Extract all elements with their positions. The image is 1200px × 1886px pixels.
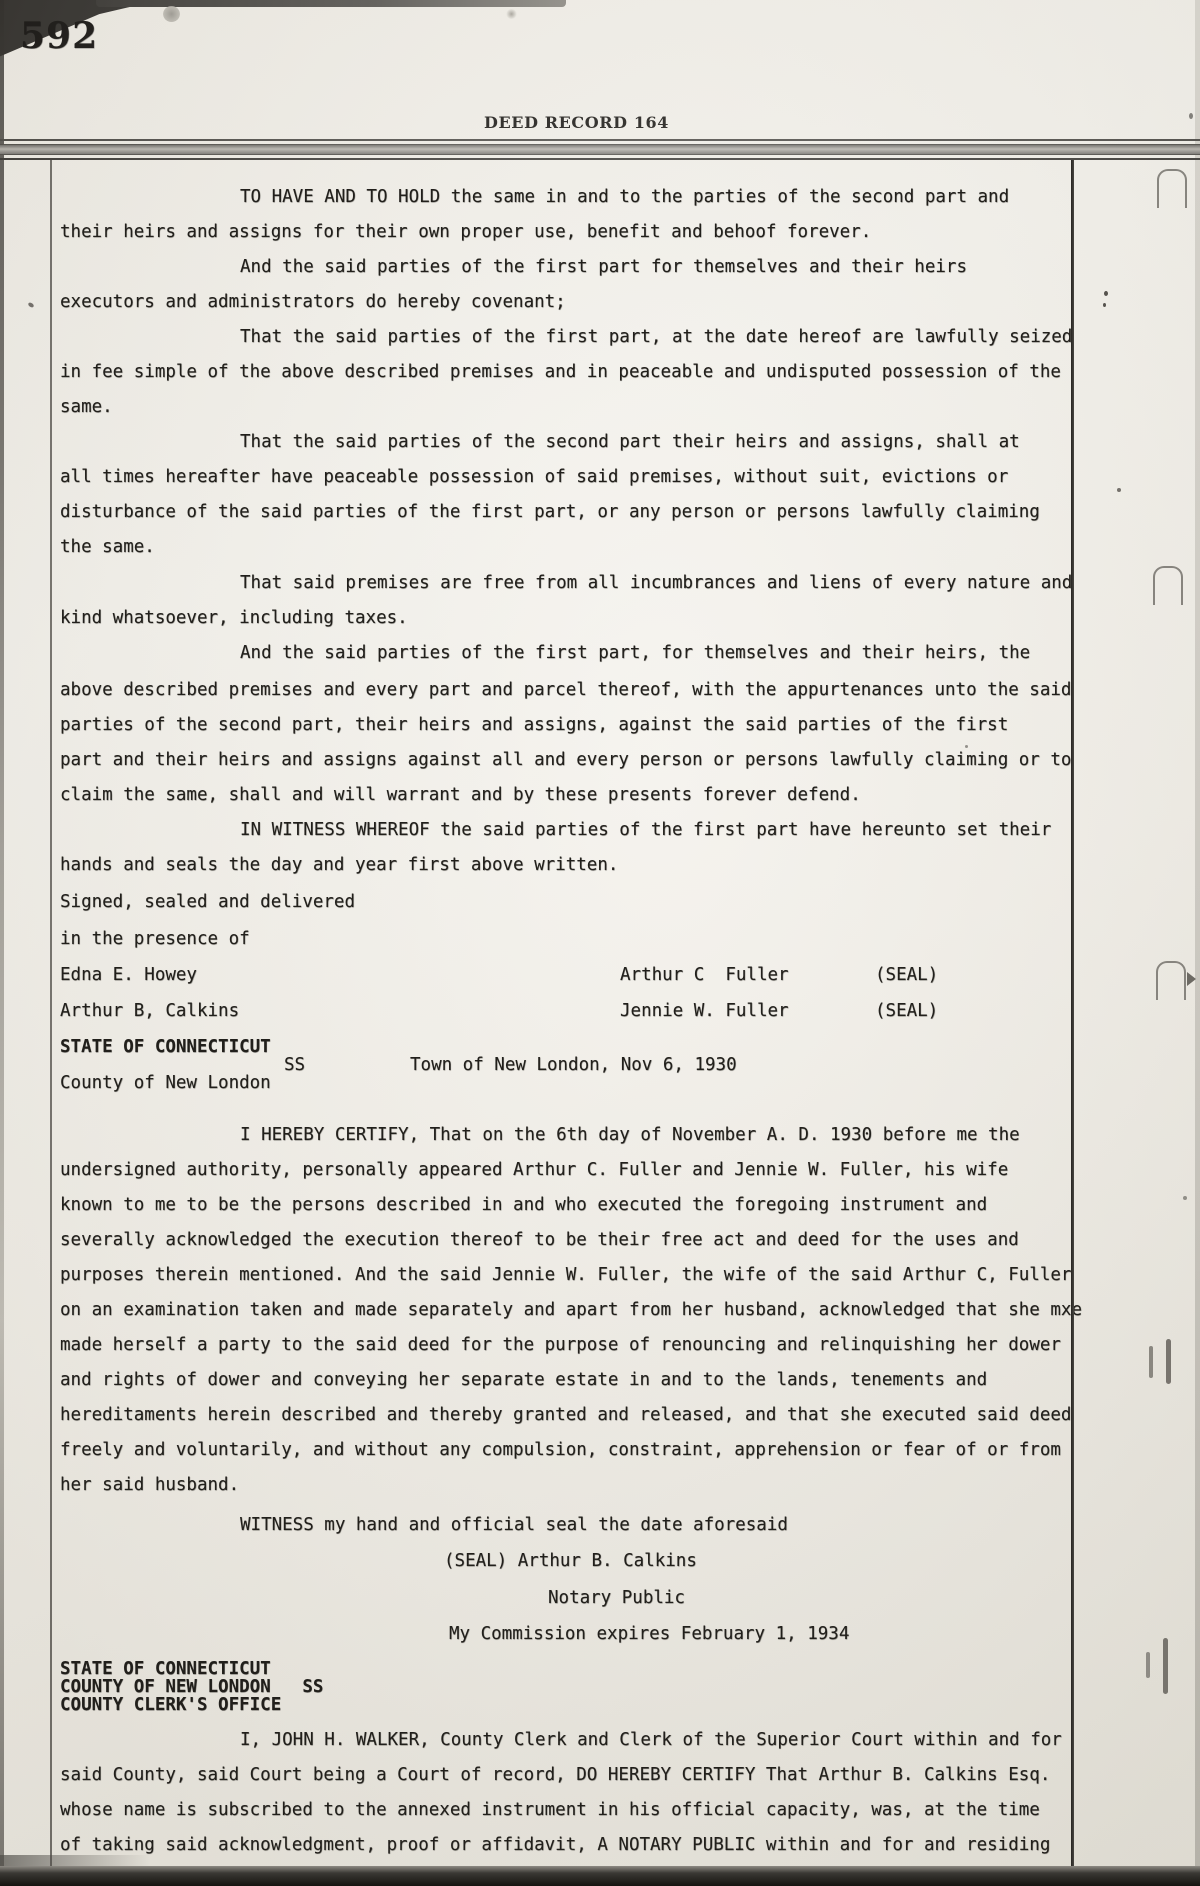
- typewritten-line: That said premises are free from all inc…: [240, 573, 1072, 593]
- typewritten-line: all times hereafter have peaceable posse…: [60, 467, 1008, 487]
- ink-blotch-artifact: [163, 6, 180, 22]
- margin-arrow-mark: [1187, 972, 1196, 986]
- typewritten-line: (SEAL): [875, 1001, 938, 1021]
- typewritten-line: kind whatsoever, including taxes.: [60, 608, 408, 628]
- typewritten-line: claim the same, shall and will warrant a…: [60, 785, 861, 805]
- typewritten-line: disturbance of the said parties of the f…: [60, 502, 1040, 522]
- left-column-rule: [50, 160, 52, 1866]
- page-top-edge-artifact: [96, 0, 566, 7]
- typewritten-line: her said husband.: [60, 1475, 239, 1495]
- typewritten-line: in fee simple of the above described pre…: [60, 362, 1061, 382]
- top-rule-lower: [0, 158, 1200, 160]
- typewritten-line: And the said parties of the first part, …: [240, 643, 1030, 663]
- typewritten-line: And the said parties of the first part f…: [240, 257, 967, 277]
- typewritten-line: above described premises and every part …: [60, 680, 1071, 700]
- typewritten-line: TO HAVE AND TO HOLD the same in and to t…: [240, 187, 1009, 207]
- typewritten-line: executors and administrators do hereby c…: [60, 292, 566, 312]
- typewritten-line: (SEAL) Arthur B. Calkins: [444, 1551, 697, 1571]
- page-right-edge-shadow: [1195, 0, 1200, 1886]
- page-bottom-edge: [0, 1866, 1200, 1886]
- typewritten-line: STATE OF CONNECTICUT: [60, 1037, 271, 1057]
- ink-speck: [1103, 303, 1106, 307]
- margin-bar-mark: [1146, 1652, 1150, 1678]
- margin-bar-mark: [1163, 1638, 1168, 1694]
- typewritten-line: made herself a party to the said deed fo…: [60, 1335, 1061, 1355]
- typewritten-line: Town of New London, Nov 6, 1930: [410, 1055, 737, 1075]
- typewritten-line: in the presence of: [60, 929, 250, 949]
- margin-bar-mark: [1166, 1339, 1171, 1384]
- margin-bracket-mark: [1157, 169, 1187, 208]
- typewritten-line: I HEREBY CERTIFY, That on the 6th day of…: [240, 1125, 1020, 1145]
- typewritten-line: hands and seals the day and year first a…: [60, 855, 618, 875]
- typewritten-line: undersigned authority, personally appear…: [60, 1160, 1008, 1180]
- typewritten-line: of taking said acknowledgment, proof or …: [60, 1835, 1050, 1855]
- typewritten-line: Edna E. Howey: [60, 965, 197, 985]
- page-number: 592: [20, 18, 98, 54]
- typewritten-line: whose name is subscribed to the annexed …: [60, 1800, 1040, 1820]
- typewritten-line: said County, said Court being a Court of…: [60, 1765, 1050, 1785]
- typewritten-line: severally acknowledged the execution the…: [60, 1230, 1019, 1250]
- typewritten-line: My Commission expires February 1, 1934: [449, 1624, 849, 1644]
- running-head: DEED RECORD 164: [484, 115, 669, 131]
- typewritten-line: That the said parties of the second part…: [240, 432, 1020, 452]
- typewritten-line: and rights of dower and conveying her se…: [60, 1370, 987, 1390]
- typewritten-line: purposes therein mentioned. And the said…: [60, 1265, 1071, 1285]
- typewritten-line: County of New London: [60, 1073, 271, 1093]
- top-rule-band: [0, 144, 1200, 155]
- typewritten-line: Signed, sealed and delivered: [60, 892, 355, 912]
- typewritten-line: SS: [284, 1055, 305, 1075]
- typewritten-line: part and their heirs and assigns against…: [60, 750, 1071, 770]
- typewritten-line: their heirs and assigns for their own pr…: [60, 222, 871, 242]
- ink-speck: [1189, 113, 1193, 119]
- typewritten-line: (SEAL): [875, 965, 938, 985]
- right-column-rule: [1071, 160, 1074, 1866]
- typewritten-line: the same.: [60, 537, 155, 557]
- page-left-edge-shadow: [0, 0, 4, 1886]
- typewritten-line: Jennie W. Fuller: [620, 1001, 789, 1021]
- ink-speck: [1104, 291, 1108, 296]
- typewritten-line: COUNTY CLERK'S OFFICE: [60, 1695, 281, 1715]
- typewritten-line: I, JOHN H. WALKER, County Clerk and Cler…: [240, 1730, 1062, 1750]
- margin-bar-mark: [1149, 1346, 1153, 1378]
- typewritten-line: Arthur B, Calkins: [60, 1001, 239, 1021]
- ink-blotch-artifact: [506, 9, 517, 19]
- scanned-deed-page: 592 DEED RECORD 164 TO HAVE AND TO HOLD …: [0, 0, 1200, 1886]
- ink-speck: [1183, 1196, 1187, 1200]
- typewritten-line: IN WITNESS WHEREOF the said parties of t…: [240, 820, 1051, 840]
- typewritten-line: parties of the second part, their heirs …: [60, 715, 1008, 735]
- typewritten-line: hereditaments herein described and there…: [60, 1405, 1071, 1425]
- typewritten-line: on an examination taken and made separat…: [60, 1300, 1082, 1320]
- typewritten-line: freely and voluntarily, and without any …: [60, 1440, 1061, 1460]
- ink-speck: [27, 302, 34, 309]
- typewritten-line: Arthur C Fuller: [620, 965, 789, 985]
- typewritten-line: known to me to be the persons described …: [60, 1195, 987, 1215]
- typewritten-line: That the said parties of the first part,…: [240, 327, 1072, 347]
- top-rule-thin: [0, 139, 1200, 141]
- margin-bracket-mark: [1156, 961, 1186, 1000]
- margin-bracket-mark: [1153, 566, 1183, 605]
- ink-speck: [965, 745, 968, 748]
- typewritten-line: same.: [60, 397, 113, 417]
- typewritten-line: Notary Public: [548, 1588, 685, 1608]
- typewritten-line: WITNESS my hand and official seal the da…: [240, 1515, 788, 1535]
- ink-speck: [1117, 488, 1121, 492]
